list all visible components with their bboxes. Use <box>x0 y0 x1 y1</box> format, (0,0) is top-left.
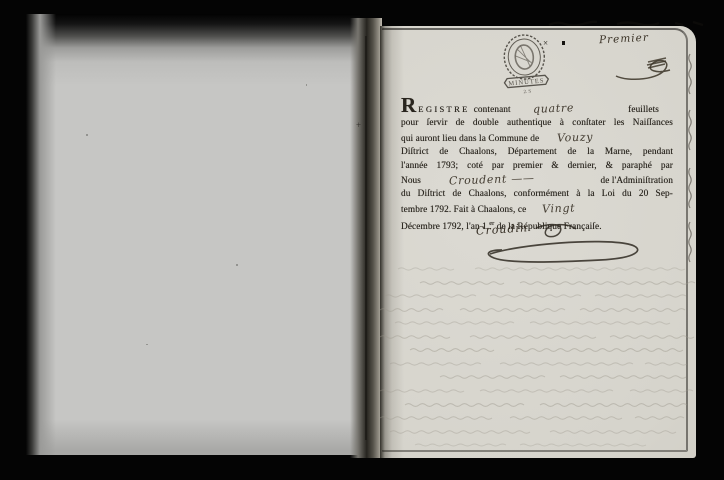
binding-stitch-line <box>365 36 367 441</box>
paper-speck <box>306 84 307 86</box>
printed-line-8: tembre 1792. Fait à Chaalons, ce Vingt <box>401 202 673 217</box>
commune-prefix: qui auront lieu dans la Commune de <box>401 133 539 146</box>
register-text-block: R EGISTRE contenant quatre feuillets pou… <box>401 98 673 235</box>
feuillets-word: feuillets <box>628 104 659 117</box>
paper-speck <box>236 264 238 266</box>
contenant-word: contenant <box>474 104 511 117</box>
signature-flourish <box>480 220 650 272</box>
page-edge-marks <box>685 40 695 270</box>
binding-stitch-mark: + <box>356 120 361 130</box>
printed-line-1: R EGISTRE contenant quatre feuillets <box>401 98 673 117</box>
stamp-sub-label: 2. S <box>523 90 531 96</box>
date-prefix: tembre 1792. Fait à Chaalons, ce <box>401 204 526 217</box>
fill-day-word: Vingt <box>542 201 576 216</box>
fill-administrator-name: Croudent —— <box>449 172 535 188</box>
annotation-flourish <box>608 46 686 88</box>
paper-speck <box>146 344 148 345</box>
scanned-register-page: + MINUTES 2. S × Premier R <box>0 0 724 480</box>
ink-x-mark: × <box>543 38 548 48</box>
registre-word: EGISTRE <box>418 103 469 116</box>
left-blank-page <box>26 14 360 455</box>
fill-feuillet-count: quatre <box>533 101 575 116</box>
fill-commune-name: Vouzy <box>557 130 594 145</box>
right-register-page: MINUTES 2. S × Premier R EGISTRE contena… <box>380 26 696 458</box>
top-annotation: Premier <box>599 32 649 47</box>
nous-word: Nous <box>401 175 421 188</box>
paper-speck <box>86 134 88 136</box>
printed-line-5: l'année 1793; coté par premier & dernier… <box>401 160 673 173</box>
ink-dot-mark <box>562 41 565 45</box>
printed-line-3: qui auront lieu dans la Commune de Vouzy <box>401 131 673 146</box>
book-gutter: + <box>350 18 382 458</box>
administration-suffix: de l'Adminiſtration <box>600 175 673 188</box>
printed-line-2: pour ſervir de double authentique à conſ… <box>401 117 673 130</box>
printed-line-7: du Diſtrict de Chaalons, conformément à … <box>401 188 673 201</box>
printed-line-6: Nous Croudent —— de l'Adminiſtration <box>401 173 673 188</box>
printed-line-4: Diſtrict de Chaalons, Département de la … <box>401 146 673 159</box>
dropcap-R: R <box>401 98 416 113</box>
